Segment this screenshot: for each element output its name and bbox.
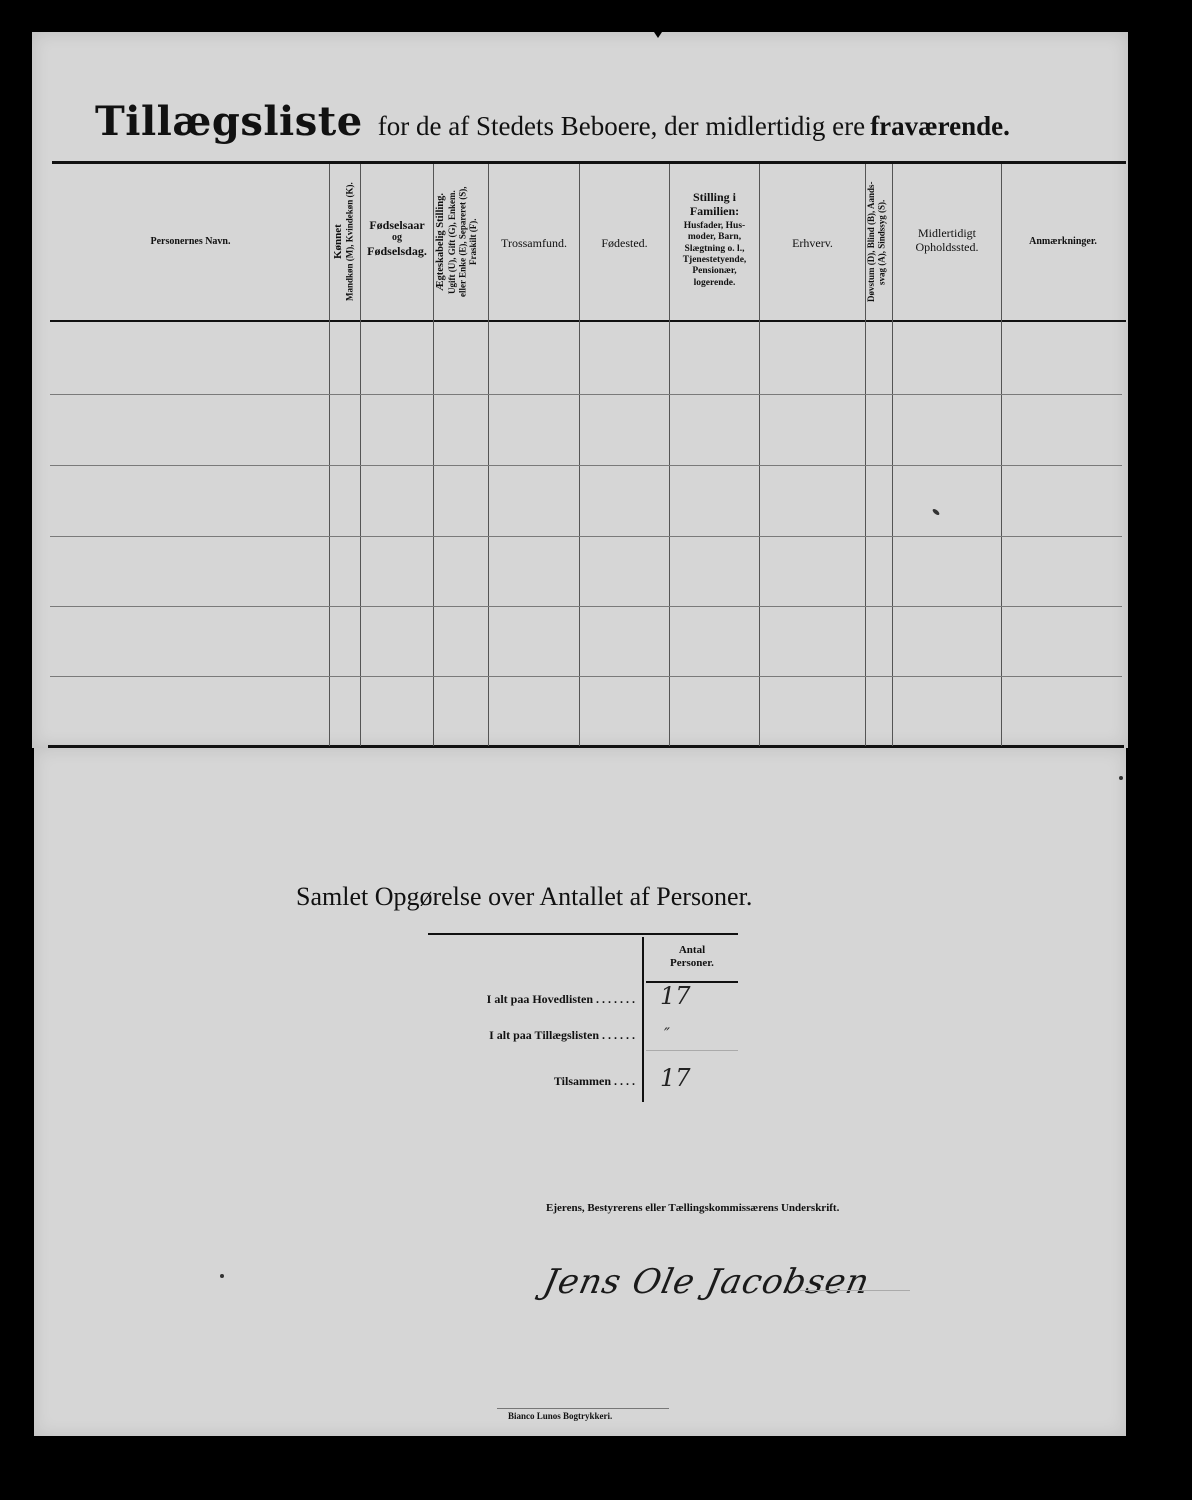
summary-top-rule (428, 933, 738, 935)
header-label: Familien: (670, 204, 759, 218)
header-birth: Fødselsaar og Fødselsdag. (361, 218, 433, 259)
header-label: Fødested. (601, 236, 647, 250)
signature: Jens Ole Jacobsen (540, 1262, 874, 1302)
title-main: Tillægsliste (95, 98, 363, 145)
header-marital-status: Ægteskabelig Stilling. Ugift (U), Gift (… (435, 166, 487, 318)
summary-row-rule (646, 1050, 738, 1051)
header-label: Personernes Navn. (151, 236, 231, 247)
summary-title: Samlet Opgørelse over Antallet af Person… (296, 882, 876, 912)
ink-dot (220, 1274, 224, 1278)
title-emphasis: fraværende. (870, 111, 1010, 141)
summary-line-supplement-value: ″ (664, 1024, 670, 1043)
header-person-name: Personernes Navn. (52, 236, 329, 248)
header-birthplace: Fødested. (580, 236, 669, 250)
header-sublabel: eller Enke (E), Separeret (S), (457, 187, 467, 297)
column-divider (579, 164, 580, 746)
header-sublabel: Husfader, Hus- (670, 221, 759, 232)
header-sublabel: Ugift (U), Gift (G), Enkem. (447, 190, 457, 294)
summary-line-total-value: 17 (660, 1064, 691, 1092)
header-label: Døvstum (D), Blind (B), Aands- (866, 182, 876, 303)
row-divider (50, 676, 1122, 677)
table-top-rule (52, 161, 1126, 164)
header-label: Antal (648, 944, 736, 957)
summary-line-main-list-label: I alt paa Hovedlisten . . . . . . . (405, 992, 635, 1007)
header-label: Midlertidigt (893, 226, 1001, 240)
header-label: Opholdssted. (893, 240, 1001, 254)
printer-imprint: Bianco Lunos Bogtrykkeri. (508, 1411, 612, 1421)
header-label: svag (A), Sindssyg (S). (876, 199, 886, 284)
paper-notch (654, 32, 662, 38)
header-label: Fødselsaar (361, 218, 433, 232)
column-divider (759, 164, 760, 746)
column-divider (329, 164, 330, 746)
summary-line-total-label: Tilsammen . . . . (405, 1074, 635, 1089)
header-sex: Kønnet Mandkøn (M), Kvindekøn (K). (332, 166, 360, 318)
row-divider (50, 394, 1122, 395)
table-bottom-rule (48, 745, 1124, 748)
header-label: Stilling i (670, 190, 759, 204)
header-sublabel: Pensionær, (670, 266, 759, 277)
column-divider (488, 164, 489, 746)
row-divider (50, 536, 1122, 537)
header-religion: Trossamfund. (489, 236, 579, 250)
header-label: Anmærkninger. (1029, 236, 1097, 247)
header-label: Erhverv. (792, 236, 833, 250)
header-label: og (361, 232, 433, 244)
header-label: Kønnet (332, 225, 344, 260)
header-temporary-residence: Midlertidigt Opholdssted. (893, 226, 1001, 255)
signature-line (800, 1290, 910, 1291)
row-divider (50, 465, 1122, 466)
form-sheet-bottom (34, 748, 1126, 1436)
title-subtitle: for de af Stedets Beboere, der midlertid… (378, 111, 865, 141)
header-occupation: Erhverv. (760, 236, 865, 250)
header-label: Fødselsdag. (361, 244, 433, 258)
header-sublabel: Mandkøn (M), Kvindekøn (K). (345, 183, 355, 302)
header-label: Trossamfund. (501, 236, 567, 250)
column-divider (433, 164, 434, 746)
header-sublabel: Tjenestetyende, (670, 255, 759, 266)
header-label: Ægteskabelig Stilling. (435, 193, 446, 291)
printer-rule (497, 1408, 669, 1409)
summary-line-supplement-label: I alt paa Tillægslisten . . . . . . (405, 1028, 635, 1043)
summary-vertical-rule (642, 937, 644, 1102)
header-sublabel: Slægtning o. l., (670, 244, 759, 255)
header-family-position: Stilling i Familien: Husfader, Hus- mode… (670, 190, 759, 289)
header-sublabel: moder, Barn, (670, 232, 759, 243)
header-remarks: Anmærkninger. (1002, 236, 1124, 248)
header-sublabel: Fraskilt (F). (468, 219, 478, 266)
summary-line-main-list-value: 17 (660, 982, 691, 1010)
table-header-bottom-rule (50, 320, 1126, 322)
header-disability: Døvstum (D), Blind (B), Aands- svag (A),… (866, 166, 892, 318)
header-label: Personer. (648, 957, 736, 970)
ink-dot (1119, 776, 1123, 780)
signature-caption: Ejerens, Bestyrerens eller Tællingskommi… (546, 1202, 839, 1214)
document-title: Tillægsliste for de af Stedets Beboere, … (95, 98, 1095, 145)
column-divider (1001, 164, 1002, 746)
row-divider (50, 606, 1122, 607)
summary-column-header: Antal Personer. (648, 944, 736, 970)
header-sublabel: logerende. (670, 278, 759, 289)
